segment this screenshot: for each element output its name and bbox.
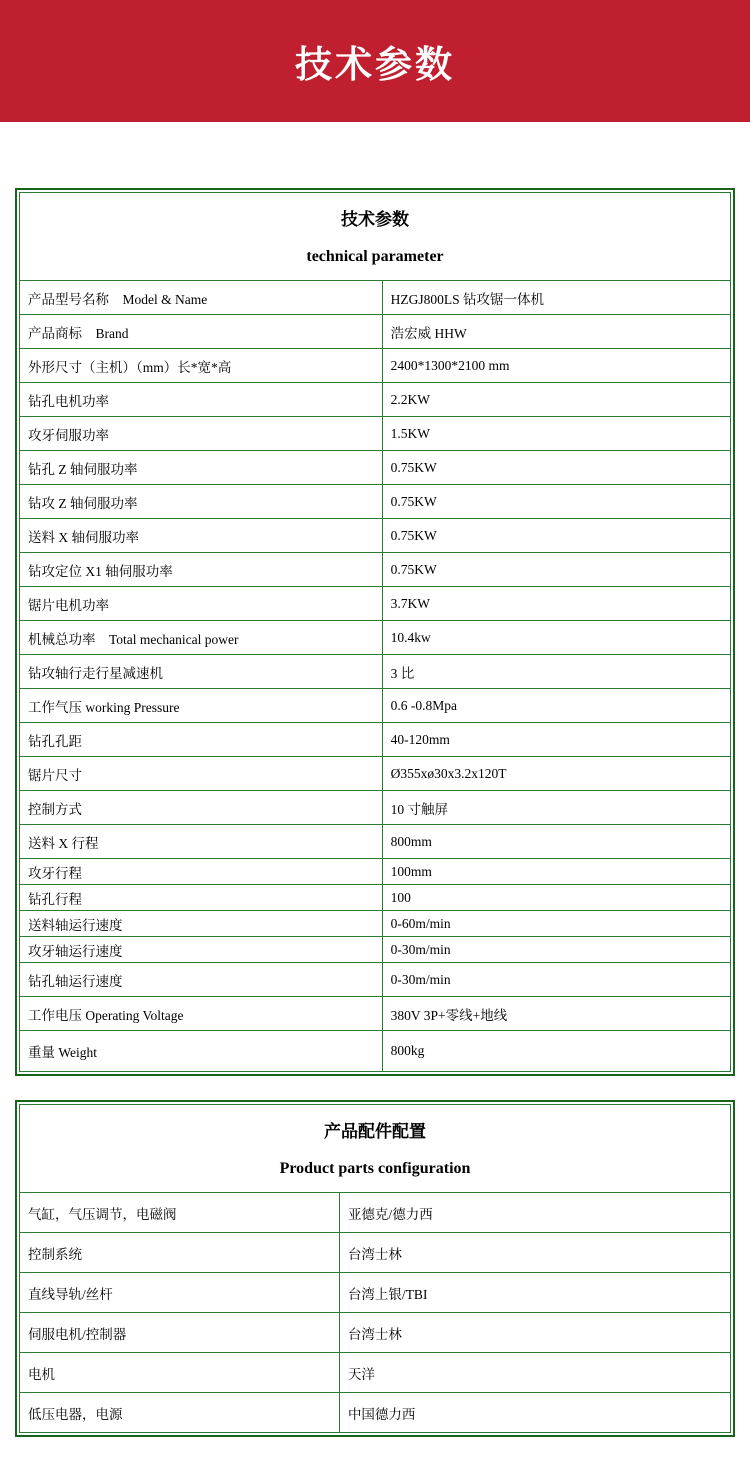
table-row: 工作气压 working Pressure0.6 -0.8Mpa (20, 689, 731, 723)
spec-value: 1.5KW (382, 417, 730, 451)
table-row: 送料轴运行速度0-60m/min (20, 911, 731, 937)
table-row: 钻孔 Z 轴伺服功率0.75KW (20, 451, 731, 485)
table-row: 控制系统台湾士林 (20, 1233, 731, 1273)
table-row: 产品型号名称 Model & NameHZGJ800LS 钻攻锯一体机 (20, 281, 731, 315)
table-row: 钻孔孔距40-120mm (20, 723, 731, 757)
table-row: 钻孔行程100 (20, 885, 731, 911)
spec-value: 0.75KW (382, 519, 730, 553)
part-value: 台湾士林 (339, 1313, 730, 1353)
spec-value: 10.4kw (382, 621, 730, 655)
spec-label: 送料 X 行程 (20, 825, 383, 859)
spec-value: HZGJ800LS 钻攻锯一体机 (382, 281, 730, 315)
spec-label: 攻牙行程 (20, 859, 383, 885)
spec-value: 3.7KW (382, 587, 730, 621)
table-row: 外形尺寸（主机）（mm）长*宽*高2400*1300*2100 mm (20, 349, 731, 383)
part-label: 电机 (20, 1353, 340, 1393)
part-value: 台湾上银/TBI (339, 1273, 730, 1313)
spec-label: 产品型号名称 Model & Name (20, 281, 383, 315)
table-row: 电机天洋 (20, 1353, 731, 1393)
header-banner: 技术参数 (0, 0, 750, 122)
part-value: 中国德力西 (339, 1393, 730, 1433)
part-value: 天洋 (339, 1353, 730, 1393)
spec-value: 0.75KW (382, 553, 730, 587)
table-row: 钻攻定位 X1 轴伺服功率0.75KW (20, 553, 731, 587)
spec-value: 380V 3P+零线+地线 (382, 997, 730, 1031)
spec-value: 10 寸触屏 (382, 791, 730, 825)
spec-value: 0.75KW (382, 485, 730, 519)
spec-value: 0-30m/min (382, 963, 730, 997)
table-row: 伺服电机/控制器台湾士林 (20, 1313, 731, 1353)
spec-value: 0.75KW (382, 451, 730, 485)
spec-label: 外形尺寸（主机）（mm）长*宽*高 (20, 349, 383, 383)
spec-label: 工作气压 working Pressure (20, 689, 383, 723)
spec-label: 攻牙伺服功率 (20, 417, 383, 451)
spec-value: 浩宏威 HHW (382, 315, 730, 349)
spec-label: 钻攻 Z 轴伺服功率 (20, 485, 383, 519)
spec-value: 2400*1300*2100 mm (382, 349, 730, 383)
table-row: 直线导轨/丝杆台湾上银/TBI (20, 1273, 731, 1313)
technical-parameter-table: 技术参数 technical parameter 产品型号名称 Model & … (15, 188, 735, 1076)
table-title-cell: 产品配件配置 Product parts configuration (20, 1105, 731, 1193)
spec-label: 机械总功率 Total mechanical power (20, 621, 383, 655)
spec-value: 100mm (382, 859, 730, 885)
spec-label: 锯片电机功率 (20, 587, 383, 621)
table-row: 锯片尺寸Ø355xø30x3.2x120T (20, 757, 731, 791)
table-row: 工作电压 Operating Voltage380V 3P+零线+地线 (20, 997, 731, 1031)
spec-label: 钻孔孔距 (20, 723, 383, 757)
table-title-cn: 产品配件配置 (20, 1117, 730, 1142)
spec-label: 送料轴运行速度 (20, 911, 383, 937)
spec-label: 攻牙轴运行速度 (20, 937, 383, 963)
spec-value: 0-60m/min (382, 911, 730, 937)
spec-label: 钻孔行程 (20, 885, 383, 911)
table-title-cell: 技术参数 technical parameter (20, 193, 731, 281)
page-title: 技术参数 (295, 34, 455, 88)
table-row: 钻孔电机功率2.2KW (20, 383, 731, 417)
table-row: 钻攻轴行走行星减速机3 比 (20, 655, 731, 689)
spec-label: 钻孔 Z 轴伺服功率 (20, 451, 383, 485)
spec-label: 控制方式 (20, 791, 383, 825)
table-title-en: Product parts configuration (20, 1160, 730, 1178)
spec-label: 重量 Weight (20, 1031, 383, 1072)
table-row: 攻牙伺服功率1.5KW (20, 417, 731, 451)
table-row: 送料 X 轴伺服功率0.75KW (20, 519, 731, 553)
table-row: 钻攻 Z 轴伺服功率0.75KW (20, 485, 731, 519)
table-title-en: technical parameter (20, 248, 730, 266)
table-row: 锯片电机功率3.7KW (20, 587, 731, 621)
spec-value: 0.6 -0.8Mpa (382, 689, 730, 723)
table-row: 钻孔轴运行速度0-30m/min (20, 963, 731, 997)
spec-value: 100 (382, 885, 730, 911)
part-label: 控制系统 (20, 1233, 340, 1273)
spec-label: 产品商标 Brand (20, 315, 383, 349)
table-row: 重量 Weight800kg (20, 1031, 731, 1072)
table-title-cn: 技术参数 (20, 205, 730, 230)
spec-label: 工作电压 Operating Voltage (20, 997, 383, 1031)
spec-value: 2.2KW (382, 383, 730, 417)
part-label: 伺服电机/控制器 (20, 1313, 340, 1353)
table-header-row: 产品配件配置 Product parts configuration (20, 1105, 731, 1193)
table-row: 攻牙行程100mm (20, 859, 731, 885)
part-label: 气缸，气压调节，电磁阀 (20, 1193, 340, 1233)
spec-value: 800mm (382, 825, 730, 859)
table-row: 控制方式10 寸触屏 (20, 791, 731, 825)
part-value: 亚德克/德力西 (339, 1193, 730, 1233)
page: { "banner": { "title": "技术参数", "bg_color… (0, 0, 750, 1483)
table-header-row: 技术参数 technical parameter (20, 193, 731, 281)
spec-label: 钻孔电机功率 (20, 383, 383, 417)
table-row: 送料 X 行程800mm (20, 825, 731, 859)
spec-value: 0-30m/min (382, 937, 730, 963)
table-row: 攻牙轴运行速度0-30m/min (20, 937, 731, 963)
spec-value: Ø355xø30x3.2x120T (382, 757, 730, 791)
table-row: 气缸，气压调节，电磁阀亚德克/德力西 (20, 1193, 731, 1233)
table-row: 产品商标 Brand浩宏威 HHW (20, 315, 731, 349)
part-label: 直线导轨/丝杆 (20, 1273, 340, 1313)
spec-value: 3 比 (382, 655, 730, 689)
part-value: 台湾士林 (339, 1233, 730, 1273)
spec-label: 钻攻定位 X1 轴伺服功率 (20, 553, 383, 587)
table-row: 低压电器，电源中国德力西 (20, 1393, 731, 1433)
spec-value: 800kg (382, 1031, 730, 1072)
spec-label: 锯片尺寸 (20, 757, 383, 791)
spec-label: 钻孔轴运行速度 (20, 963, 383, 997)
product-parts-table: 产品配件配置 Product parts configuration 气缸，气压… (15, 1100, 735, 1437)
spec-label: 钻攻轴行走行星减速机 (20, 655, 383, 689)
part-label: 低压电器，电源 (20, 1393, 340, 1433)
table-row: 机械总功率 Total mechanical power10.4kw (20, 621, 731, 655)
spec-label: 送料 X 轴伺服功率 (20, 519, 383, 553)
spec-value: 40-120mm (382, 723, 730, 757)
